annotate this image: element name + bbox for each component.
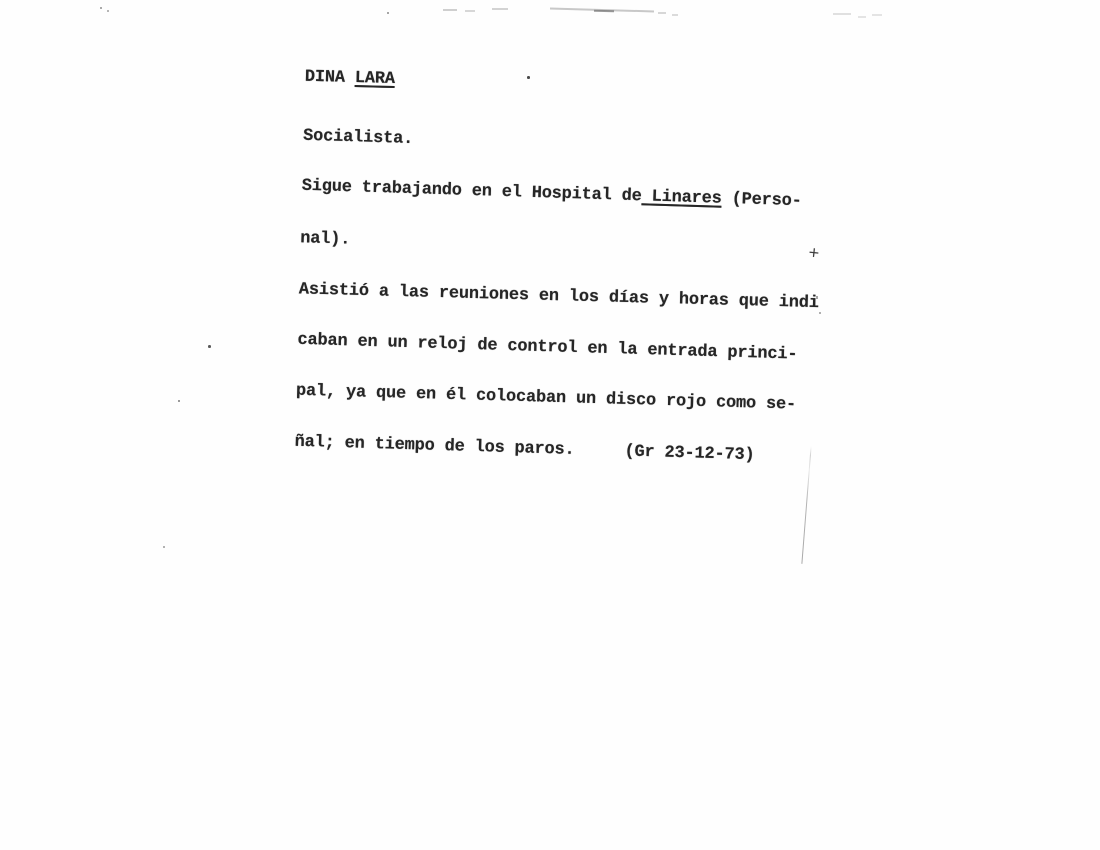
scan-smudge-dash xyxy=(492,8,508,10)
scan-smudge-line xyxy=(550,8,654,12)
scan-smudge-dash xyxy=(465,10,475,12)
typed-text-block: DINA LARA Socialista. Sigue trabajando e… xyxy=(293,34,905,502)
scan-smudge-dash xyxy=(672,14,678,16)
affiliation-line: Socialista. xyxy=(303,128,903,163)
meeting-line-2: caban en un reloj de control en la entra… xyxy=(297,332,897,367)
card-title: DINA LARA xyxy=(305,69,905,101)
scan-smudge-dash xyxy=(658,12,666,14)
scan-smudge-dash xyxy=(833,13,851,15)
work-line-place-underlined: Linares xyxy=(641,187,722,208)
title-last-name-underlined: LARA xyxy=(355,69,395,89)
scan-speck xyxy=(107,10,109,12)
scanned-document-page: DINA LARA Socialista. Sigue trabajando e… xyxy=(0,0,1100,850)
work-line-post: (Perso- xyxy=(721,190,802,211)
work-line: Sigue trabajando en el Hospital de Linar… xyxy=(301,178,901,214)
scan-speck xyxy=(163,546,165,548)
title-first-name: DINA xyxy=(305,68,355,88)
scan-speck xyxy=(208,345,211,348)
meeting-line-4: ñal; en tiempo de los paros.(Gr 23-12-73… xyxy=(294,434,894,469)
meeting-line-1: Asistió a las reuniones en los días y ho… xyxy=(299,281,899,314)
scan-smudge-line xyxy=(594,10,614,13)
scan-smudge-dash xyxy=(858,16,866,18)
scan-speck xyxy=(387,12,389,14)
meeting-line-3: pal, ya que en él colocaban un disco roj… xyxy=(296,383,896,417)
work-line-pre: Sigue trabajando en el Hospital de xyxy=(301,177,641,207)
scan-smudge-dash xyxy=(443,9,457,11)
scan-speck xyxy=(178,400,180,402)
scan-speck xyxy=(100,7,102,9)
scan-smudge-dash xyxy=(872,14,882,16)
work-line-continuation: nal). xyxy=(300,230,900,264)
date-reference: (Gr 23-12-73) xyxy=(624,442,755,465)
meeting-line-4-text: ñal; en tiempo de los paros. xyxy=(294,433,574,460)
